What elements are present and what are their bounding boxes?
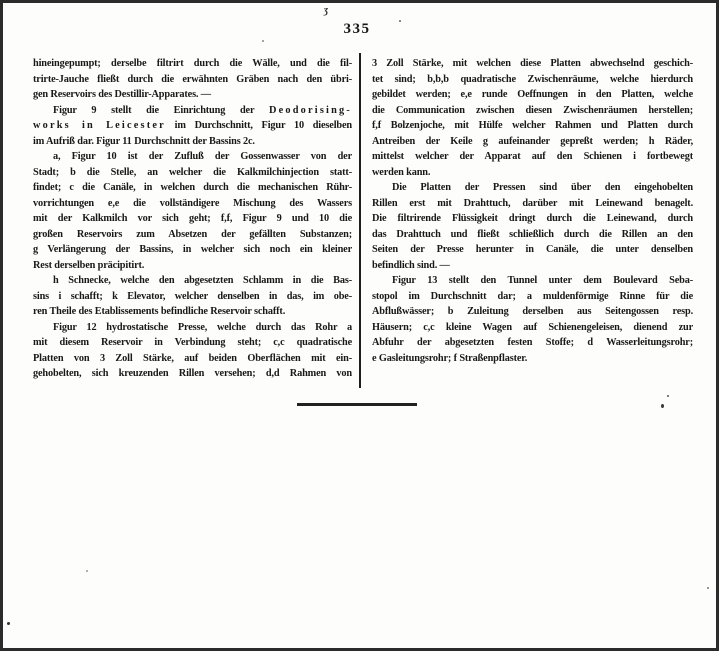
left-line-20: Platten von 3 Zoll Stärke, auf beiden Ob… bbox=[33, 351, 352, 367]
right-line-2: tet sind; b,b,b quadratische Zwischenräu… bbox=[372, 72, 693, 88]
left-line-5: works in Leicester im Durchschnitt, Figu… bbox=[33, 118, 352, 134]
fraktur-text: im Durchschnitt, Figur 10 dieselben bbox=[166, 120, 352, 131]
right-line-18: Häusern; c,c kleine Wagen auf Schienenge… bbox=[372, 320, 693, 336]
right-line-17: Abflußwässer; b Zuleitung derselben aus … bbox=[372, 304, 693, 320]
fraktur-text: Figur 9 stellt die Einrichtung der bbox=[53, 105, 269, 116]
right-line-13: Seiten der Presse herunter in Canäle, di… bbox=[372, 242, 693, 258]
scanned-book-page: { "page": { "number": "335", "signature_… bbox=[0, 0, 720, 657]
left-line-3: gen Reservoirs des Destillir-Apparates. … bbox=[33, 87, 352, 103]
left-line-15: h Schnecke, welche den abgesetzten Schla… bbox=[33, 273, 352, 289]
left-line-19: mit diesem Reservoir in Verbindung steht… bbox=[33, 335, 352, 351]
dust-speck bbox=[7, 622, 10, 625]
right-line-16: stopol im Durchschnitt dar; a muldenförm… bbox=[372, 289, 693, 305]
right-line-8: werden kann. bbox=[372, 165, 693, 181]
right-line-20: e Gasleitungsrohr; f Straßenpflaster. bbox=[372, 351, 693, 367]
right-line-6: Antreiben der Keile g aufeinander gepreß… bbox=[372, 134, 693, 150]
left-line-9: findet; c die Canäle, in welchen durch d… bbox=[33, 180, 352, 196]
signature-mark: ʒ bbox=[318, 5, 334, 16]
left-line-17: ren Theile des Etablissements befindlich… bbox=[33, 304, 352, 320]
left-line-18: Figur 12 hydrostatische Presse, welche d… bbox=[33, 320, 352, 336]
column-divider-rule bbox=[359, 53, 361, 388]
left-line-6: im Aufriß dar. Figur 11 Durchschnitt der… bbox=[33, 134, 352, 150]
left-line-21: gehobelten, sich kreuzenden Rillen verse… bbox=[33, 366, 352, 382]
left-line-8: Stadt; b die Stelle, an welcher die Kalk… bbox=[33, 165, 352, 181]
left-line-14: Rest derselben präcipitirt. bbox=[33, 258, 352, 274]
right-line-12: das Drahttuch und fließt schließlich dur… bbox=[372, 227, 693, 243]
antiqua-spaced-text: Deodorising- bbox=[269, 105, 352, 116]
text-column-right: 3 Zoll Stärke, mit welchen diese Platten… bbox=[372, 56, 693, 366]
right-line-10: Rillen erst mit Drahttuch, darüber mit L… bbox=[372, 196, 693, 212]
dust-speck bbox=[667, 395, 669, 397]
section-end-rule bbox=[297, 403, 417, 406]
right-line-14: befindlich sind. — bbox=[372, 258, 693, 274]
right-line-1: 3 Zoll Stärke, mit welchen diese Platten… bbox=[372, 56, 693, 72]
left-line-1: hineingepumpt; derselbe filtrirt durch d… bbox=[33, 56, 352, 72]
right-line-15: Figur 13 stellt den Tunnel unter dem Bou… bbox=[372, 273, 693, 289]
left-line-10: vorrichtungen e,e die vollständigere Mis… bbox=[33, 196, 352, 212]
right-line-3: gebildet werden; e,e runde Oeffnungen in… bbox=[372, 87, 693, 103]
dust-speck bbox=[399, 20, 401, 22]
left-line-2: trirte-Jauche fließt durch die erwähnten… bbox=[33, 72, 352, 88]
dust-speck bbox=[707, 587, 709, 589]
left-line-7: a, Figur 10 ist der Zufluß der Gossenwas… bbox=[33, 149, 352, 165]
left-line-11: mit der Kalkmilch vor sich geht; f,f, Fi… bbox=[33, 211, 352, 227]
antiqua-spaced-text: works in Leicester bbox=[33, 120, 166, 131]
dust-speck bbox=[661, 404, 664, 408]
right-line-9: Die Platten der Pressen sind über den ei… bbox=[372, 180, 693, 196]
dust-speck bbox=[262, 40, 264, 42]
left-line-16: sins i schafft; k Elevator, welcher dens… bbox=[33, 289, 352, 305]
right-line-4: die Communication zwischen diesen Zwisch… bbox=[372, 103, 693, 119]
left-line-13: g Verlängerung der Bassins, in welcher s… bbox=[33, 242, 352, 258]
right-line-7: mittelst welcher der Apparat auf den Sch… bbox=[372, 149, 693, 165]
left-line-12: großen Reservoirs zum Absetzen der gefäl… bbox=[33, 227, 352, 243]
dust-speck bbox=[86, 570, 88, 572]
right-line-5: f,f Bolzenjoche, mit Hülfe welcher Rahme… bbox=[372, 118, 693, 134]
right-line-19: Abfuhr der abgesetzten festen Stoffe; d … bbox=[372, 335, 693, 351]
left-line-4: Figur 9 stellt die Einrichtung der Deodo… bbox=[33, 103, 352, 119]
right-line-11: Die filtrirende Flüssigkeit dringt durch… bbox=[372, 211, 693, 227]
page-number: 335 bbox=[297, 21, 417, 38]
text-column-left: hineingepumpt; derselbe filtrirt durch d… bbox=[33, 56, 352, 382]
